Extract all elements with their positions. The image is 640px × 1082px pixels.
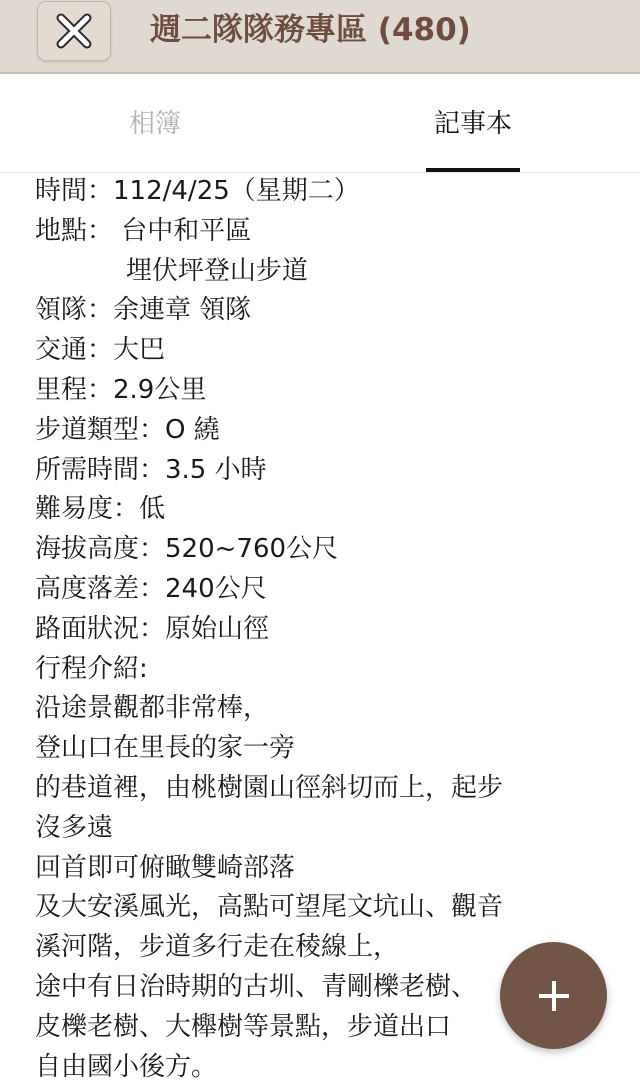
note-line: 登山口在里長的家一旁 [35, 729, 615, 769]
note-line: 的巷道裡，由桃樹園山徑斜切而上，起步 [35, 769, 615, 809]
note-line: 所需時間：3.5 小時 [35, 451, 615, 491]
note-content: 時間：112/4/25（星期二） 地點： 台中和平區 埋伏坪登山步道 領隊：余連… [35, 172, 615, 1082]
note-line: 及大安溪風光，高點可望尾文坑山、觀音 [35, 888, 615, 928]
close-button[interactable] [37, 1, 111, 61]
note-line: 步道類型：O 繞 [35, 411, 615, 451]
note-line: 沿途景觀都非常棒， [35, 689, 615, 729]
tab-bar: 相簿 記事本 [0, 74, 640, 173]
note-line: 埋伏坪登山步道 [35, 252, 615, 292]
plus-icon [537, 979, 571, 1013]
app-header: 週二隊隊務專區 (480) [0, 0, 640, 74]
note-line: 行程介紹: [35, 650, 615, 690]
note-line: 難易度：低 [35, 490, 615, 530]
note-line: 高度落差：240公尺 [35, 570, 615, 610]
note-line: 回首即可俯瞰雙崎部落 [35, 849, 615, 889]
add-button[interactable] [500, 942, 607, 1049]
note-line: 地點： 台中和平區 [35, 212, 615, 252]
note-line: 里程：2.9公里 [35, 371, 615, 411]
note-line: 領隊：余連章 領隊 [35, 291, 615, 331]
page-title: 週二隊隊務專區 (480) [150, 10, 471, 50]
note-line: 路面狀況：原始山徑 [35, 610, 615, 650]
note-line: 自由國小後方。 [35, 1048, 615, 1082]
close-icon [54, 11, 94, 51]
tab-notebook[interactable]: 記事本 [426, 74, 520, 172]
note-line: 海拔高度：520~760公尺 [35, 530, 615, 570]
note-line: 時間：112/4/25（星期二） [35, 172, 615, 212]
note-line: 交通：大巴 [35, 331, 615, 371]
note-line: 沒多遠 [35, 809, 615, 849]
tab-album[interactable]: 相簿 [100, 74, 210, 172]
